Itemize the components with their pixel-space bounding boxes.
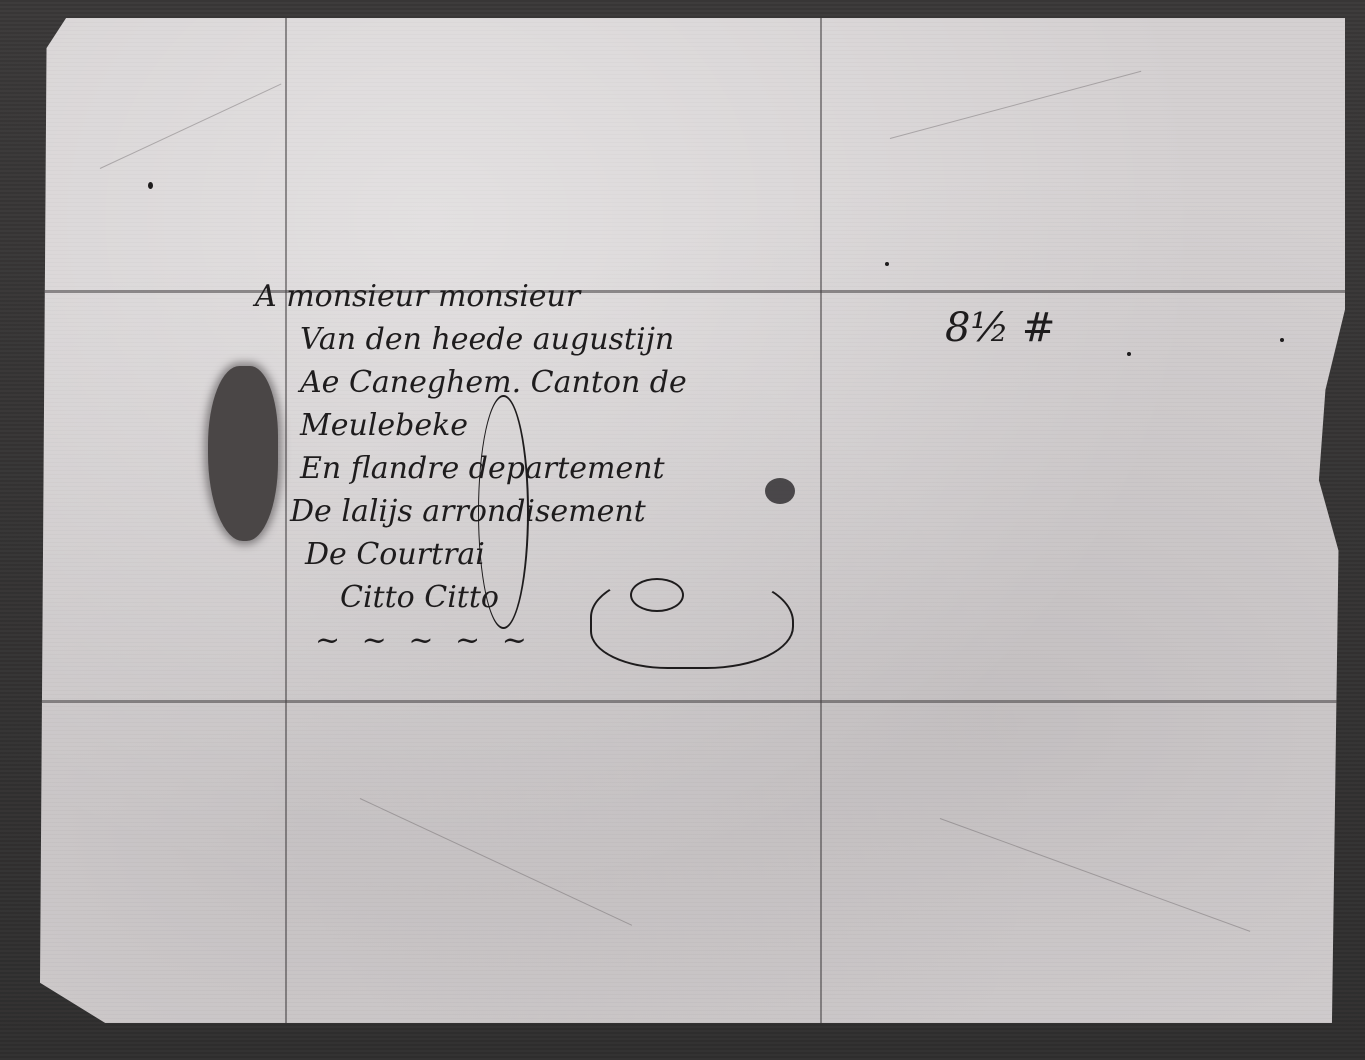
postal-rate-mark: 8½ # [945,305,1055,351]
signature-flourish [590,570,794,669]
paper-crease [890,71,1141,139]
address-line: Ae Caneghem. Canton de [300,361,687,404]
letter-sheet [40,18,1345,1023]
horizontal-fold-line [40,290,1345,293]
ink-speck [885,262,889,266]
ink-speck [148,182,153,189]
ink-speck [1127,352,1131,356]
paper-crease [360,798,632,926]
address-line: Van den heede augustijn [300,318,687,361]
address-line: A monsieur monsieur [255,275,687,318]
horizontal-fold-line [40,700,1345,703]
ink-speck [1280,338,1284,342]
postal-mark-loop [478,395,529,629]
vertical-fold-line [820,18,822,1023]
paper-crease [100,84,282,169]
signature-flourish [630,578,684,612]
paper-crease [940,818,1250,932]
ink-stain [765,478,795,504]
